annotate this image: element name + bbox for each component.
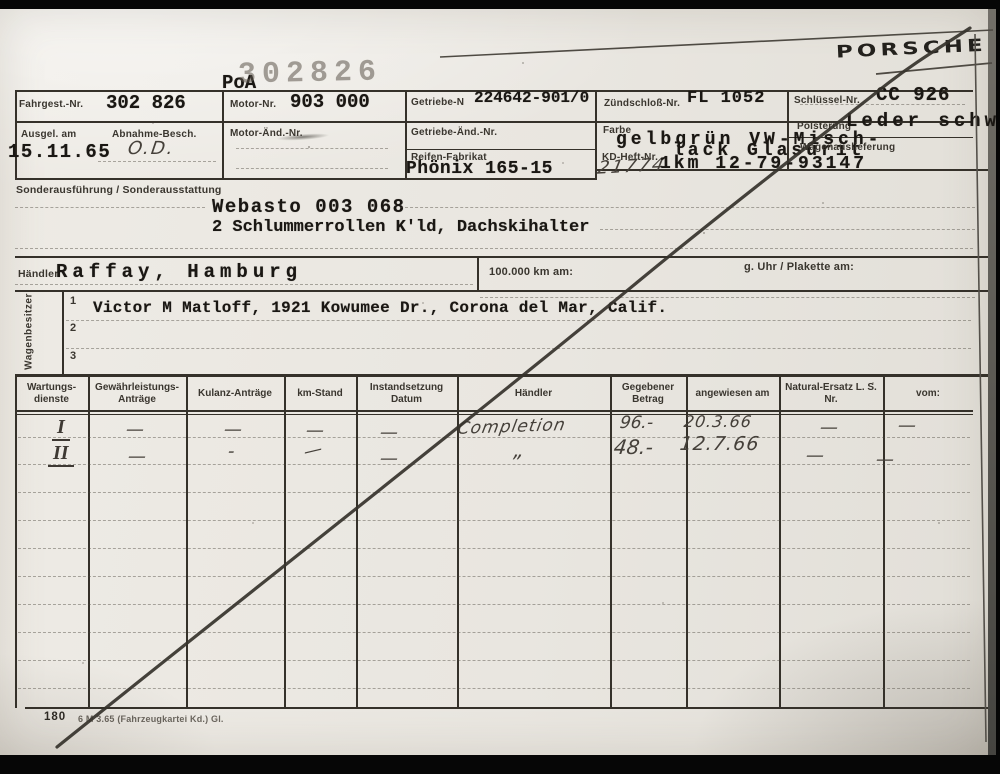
chassis-stamp-number: 302826 — [238, 55, 383, 92]
row2-vom-dash: — — [875, 449, 896, 470]
col-header-kmstand: km-Stand — [284, 379, 356, 409]
row2-km-dash: — — [303, 438, 323, 463]
rule-dotted-owner2 — [66, 348, 971, 349]
haendler-value: Raffay, Hamburg — [56, 261, 302, 283]
table-empty-row-rule — [18, 464, 970, 465]
owner-1-text: Victor M Matloff, 1921 Kowumee Dr., Coro… — [93, 299, 667, 317]
getriebe-aend-label: Getriebe-Änd.-Nr. — [411, 127, 497, 138]
rule-dotted-abnahme — [98, 161, 216, 162]
row2-natural-dash: — — [805, 445, 826, 466]
col-header-haendler: Händler — [457, 379, 610, 409]
row1-angewiesen-date: 20.3.66 — [683, 412, 754, 431]
rule-tcol-2 — [186, 377, 188, 708]
fahrgest-label: Fahrgest.-Nr. — [19, 99, 83, 110]
rule-dotted-sonder2 — [400, 207, 975, 208]
col-header-gewaehrleistung: Gewährleistungs-Anträge — [88, 379, 186, 409]
col-header-betrag: Gegebener Betrag — [610, 379, 686, 409]
rule-header-v1 — [15, 90, 17, 178]
abnahme-value: O.D. — [127, 138, 177, 159]
table-empty-row-rule — [18, 548, 970, 549]
letterbox-right — [996, 0, 1000, 774]
ikm-delivery-note: 1km 12-79-93147 — [660, 154, 867, 174]
table-empty-row-rule — [18, 688, 970, 689]
rule-thead-bottom2 — [15, 414, 973, 415]
row1-vom-dash: — — [897, 415, 918, 436]
rule-tcol-6 — [610, 377, 612, 708]
reifen-value: Phönix 165-15 — [406, 159, 553, 179]
row2-instand-dash: — — [379, 448, 400, 469]
rule-dotted-under-km — [480, 297, 975, 298]
letterbox-bottom — [0, 755, 1000, 774]
table-empty-row-rule — [18, 492, 970, 493]
rule-tcol-9 — [883, 377, 885, 708]
col-header-wartungsdienste: Wartungs-dienste — [15, 379, 88, 409]
footer-form-text: 6 M 3.65 (Fahrzeugkartei Kd.) Gl. — [78, 714, 224, 724]
table-empty-row-rule — [18, 604, 970, 605]
kd-heft-value: 21774 — [596, 154, 668, 178]
rule-tcol-0 — [15, 377, 17, 708]
row1-haendler-entry: Completion — [456, 415, 568, 439]
rule-dotted-sonder1 — [15, 207, 205, 208]
sonder-label: Sonderausführung / Sonderausstattung — [16, 184, 222, 196]
rule-header-v2 — [222, 90, 224, 178]
table-empty-row-rule — [18, 660, 970, 661]
col-header-naturalersatz: Natural-Ersatz L. S. Nr. — [779, 379, 883, 409]
km100-label: 100.000 km am: — [489, 266, 573, 278]
motor-value: 903 000 — [290, 91, 370, 113]
zuendschloss-value: FL 1052 — [687, 89, 765, 108]
rule-owner-divider — [62, 291, 64, 375]
rule-tcol-1 — [88, 377, 90, 708]
scanned-card-page: PORSCHE PoA 302826 Fahrgest.-Nr. 302 826… — [0, 0, 1000, 774]
rule-dotted-motoraend2 — [236, 168, 388, 169]
row2-betrag: 48.- — [612, 435, 654, 459]
row1-natural-dash: — — [819, 417, 840, 438]
ausgel-label: Ausgel. am — [21, 129, 76, 140]
rule-tcol-4 — [356, 377, 358, 708]
rule-haendler-bottom — [15, 290, 988, 292]
haendler-label: Händler — [18, 268, 59, 280]
polster-value: Leder schw. — [846, 110, 1000, 132]
rule-dotted-schluessel — [800, 104, 965, 105]
row1-instand-dash: — — [379, 422, 400, 443]
table-empty-row-rule — [18, 632, 970, 633]
ausgel-value: 15.11.65 — [8, 141, 111, 163]
col-header-instandsetzung: Instandsetzung Datum — [356, 379, 457, 409]
rule-tcol-8 — [779, 377, 781, 708]
getriebe-value: 224642-901/0 — [474, 89, 589, 107]
rule-dotted-sonder4 — [15, 248, 973, 249]
owner-1-num: 1 — [70, 295, 76, 307]
rule-thead-bottom1 — [15, 410, 973, 412]
col-header-kulanz: Kulanz-Anträge — [186, 379, 284, 409]
rule-tcol-3 — [284, 377, 286, 708]
motor-label: Motor-Nr. — [230, 99, 276, 110]
col-header-vom: vom: — [883, 379, 973, 409]
zuendschloss-label: Zündschloß-Nr. — [604, 98, 680, 109]
polster-label: Polsterung — [797, 121, 851, 132]
rule-dotted-haendler — [15, 284, 473, 285]
rule-reifen-top — [405, 149, 595, 150]
rule-dotted-owner1 — [66, 320, 971, 321]
schluessel-value: CC 926 — [876, 84, 950, 106]
owner-2-num: 2 — [70, 322, 76, 334]
footer-form-code: 180 — [44, 711, 66, 723]
getriebe-label: Getriebe-N — [411, 97, 464, 108]
fahrgest-value: 302 826 — [106, 92, 186, 114]
motor-aend-label: Motor-Änd.-Nr. — [230, 128, 303, 139]
rule-dotted-sonder3 — [600, 229, 975, 230]
rule-table-bottom — [25, 707, 988, 709]
owners-side-label: Wagenbesitzer — [24, 287, 35, 377]
sonder-line2: 2 Schlummerrollen K'ld, Dachskihalter — [212, 218, 589, 237]
letterbox-top — [0, 0, 1000, 9]
rule-haendler-top — [15, 256, 988, 258]
col-header-angewiesen: angewiesen am — [686, 379, 779, 409]
uhr-plakette-label: g. Uhr / Plakette am: — [744, 261, 854, 273]
table-empty-row-rule — [18, 576, 970, 577]
rule-owner-bottom-thick — [15, 374, 988, 377]
row1-betrag: 96.- — [619, 413, 655, 433]
rule-haendler-divider — [477, 256, 479, 291]
table-empty-row-rule — [18, 437, 970, 438]
owner-3-num: 3 — [70, 350, 76, 362]
rule-dotted-motoraend1 — [236, 148, 388, 149]
table-empty-row-rule — [18, 520, 970, 521]
sonder-line1: Webasto 003 068 — [212, 196, 406, 218]
rule-header-v4 — [595, 90, 597, 178]
wagenauslieferung-label: Wagenauslieferung — [800, 142, 895, 153]
